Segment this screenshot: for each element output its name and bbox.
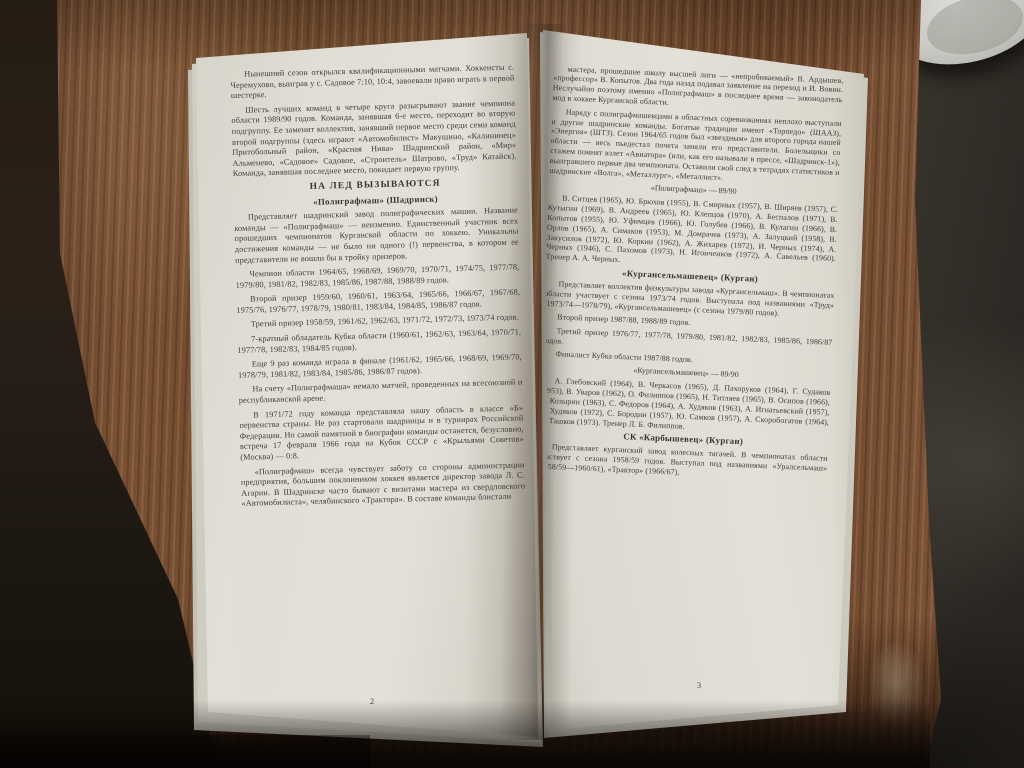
left-page: Нынешний сезон открылся квалификационным… [190,28,542,744]
paragraph: Еще 9 раз команда играла в финале (1961/… [238,353,522,382]
team-heading: «Кургансельмашевец» (Курган) [545,266,835,288]
paragraph: В 1971/72 году команда представляла нашу… [239,403,524,463]
paragraph: Третий призер 1958/59, 1961/62, 1962/63,… [237,313,521,331]
roster-title: «Кургансельмашевец» — 89/90 [541,362,831,384]
paragraph: Второй призер 1987/88, 1988/89 годов. [543,312,833,334]
paragraph: Второй призер 1959/60, 1960/61, 1963/64,… [236,288,520,317]
photo-of-open-booklet: Нынешний сезон открылся квалификационным… [0,0,1024,768]
paragraph: Шесть лучших команд в четыре круга разыг… [231,98,517,180]
left-page-text: Нынешний сезон открылся квалификационным… [230,59,530,694]
paragraph: Нынешний сезон открылся квалификационным… [230,63,515,102]
paragraph: «Полиграфмаш» всегда чувствует заботу со… [241,460,526,510]
paragraph: Наряду с полиграфмашевцами в областных с… [549,107,842,188]
paragraph: Представляет коллектив физкультуры завод… [544,279,835,321]
roster-paragraph: А. Глебовский (1964), В. Черкасов (1965)… [539,376,831,438]
section-heading: НА ЛЕД ВЫЗЫВАЮТСЯ [233,176,517,194]
page-number: 2 [230,696,514,706]
paragraph: мастера, прошедшие школу высшей лиги — «… [552,63,843,115]
team-heading: СК «Карбышевец» (Курган) [538,429,828,451]
right-page: мастера, прошедшие школу высшей лиги — «… [520,18,880,748]
paragraph: Чемпион области 1964/65, 1968/69, 1969/7… [235,263,519,292]
page-number: 3 [554,680,844,690]
roster-paragraph: В. Ситцев (1965), Ю. Брюхов (1955), В. С… [546,193,839,274]
paragraph: Финалист Кубка области 1987/88 годов. [541,349,831,371]
roster-title: «Полиграфмаш» — 89/90 [549,179,839,201]
paragraph: Представляет шадринский завод полиграфич… [234,206,519,266]
paragraph: 7-кратный обладатель Кубка области (1960… [237,328,521,357]
paragraph: Третий призер 1976/77, 1977/78, 1979/80,… [542,326,833,358]
paragraph: На счету «Полиграфмаша» немало матчей, п… [238,378,522,407]
team-heading: «Полиграфмаш» (Шадринск) [233,191,517,209]
right-page-text: мастера, прошедшие школу высшей лиги — «… [527,60,844,720]
table-front-shadow-left [0,735,370,768]
paragraph: Представляет курганский завод колесных т… [537,442,828,484]
